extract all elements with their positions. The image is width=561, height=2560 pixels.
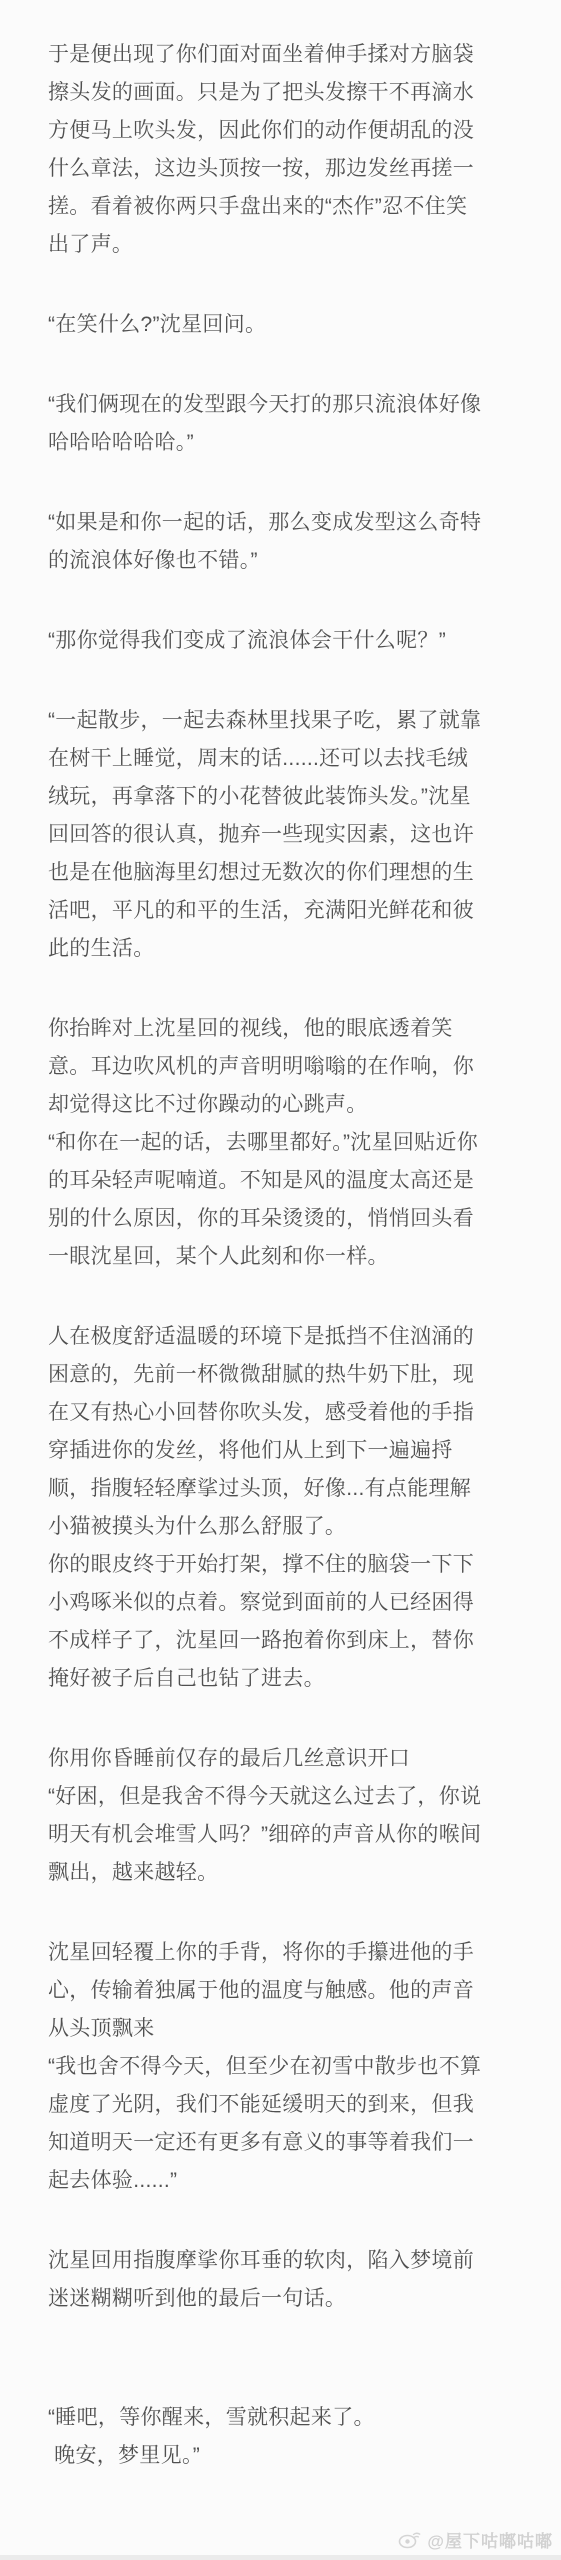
story-line: 沈星回轻覆上你的手背，将你的手攥进他的手心，传输着独属于他的温度与触感。他的声音… [48,1941,474,2040]
story-paragraph: 沈星回轻覆上你的手背，将你的手攥进他的手心，传输着独属于他的温度与触感。他的声音… [48,1934,483,2200]
story-paragraph: 你抬眸对上沈星回的视线，他的眼底透着笑意。耳边吹风机的声音明明嗡嗡的在作响，你却… [48,1010,483,1276]
story-line: “一起散步，一起去森林里找果子吃，累了就靠在树干上睡觉，周末的话......还可… [48,709,481,960]
story-line: “睡吧，等你醒来，雪就积起来了。 [48,2406,375,2429]
bottom-edge-divider [0,2555,561,2560]
watermark: @屋下咕嘟咕嘟 [398,2527,553,2552]
story-paragraph: “如果是和你一起的话，那么变成发型这么奇特的流浪体好像也不错。” [48,504,483,580]
story-line: 人在极度舒适温暖的环境下是抵挡不住汹涌的困意的，先前一杯微微甜腻的热牛奶下肚，现… [48,1325,474,1538]
weibo-logo-icon [398,2530,422,2549]
story-line: “如果是和你一起的话，那么变成发型这么奇特的流浪体好像也不错。” [48,511,481,572]
story-line: 你用你昏睡前仅存的最后几丝意识开口 [48,1747,410,1770]
story-paragraph: “一起散步，一起去森林里找果子吃，累了就靠在树干上睡觉，周末的话......还可… [48,702,483,968]
story-line: 于是便出现了你们面对面坐着伸手揉对方脑袋擦头发的画面。只是为了把头发擦干不再滴水… [48,43,474,256]
story-paragraph: “我们俩现在的发型跟今天打的那只流浪体好像哈哈哈哈哈哈。” [48,386,483,462]
story-line: “在笑什么?”沈星回问。 [48,313,266,336]
story-paragraph: “睡吧，等你醒来，雪就积起来了。 晚安，梦里见。” [48,2399,483,2475]
story-line: “和你在一起的话，去哪里都好。”沈星回贴近你的耳朵轻声呢喃道。不知是风的温度太高… [48,1131,478,1268]
story-line: 你抬眸对上沈星回的视线，他的眼底透着笑意。耳边吹风机的声音明明嗡嗡的在作响，你却… [48,1017,474,1116]
story-paragraph: 人在极度舒适温暖的环境下是抵挡不住汹涌的困意的，先前一杯微微甜腻的热牛奶下肚，现… [48,1318,483,1698]
story-line: “我也舍不得今天，但至少在初雪中散步也不算虚度了光阴，我们不能延缓明天的到来，但… [48,2055,481,2192]
story-line: “那你觉得我们变成了流浪体会干什么呢？” [48,629,446,652]
watermark-handle: @屋下咕嘟咕嘟 [427,2527,553,2552]
story-paragraph: 你用你昏睡前仅存的最后几丝意识开口“好困，但是我舍不得今天就这么过去了，你说明天… [48,1740,483,1892]
story-line: 晚安，梦里见。” [48,2444,200,2467]
story-line: 你的眼皮终于开始打架，撑不住的脑袋一下下小鸡啄米似的点着。察觉到面前的人已经困得… [48,1553,474,1690]
story-paragraph: “在笑什么?”沈星回问。 [48,306,483,344]
story-line: “我们俩现在的发型跟今天打的那只流浪体好像哈哈哈哈哈哈。” [48,393,481,454]
story-paragraph: 于是便出现了你们面对面坐着伸手揉对方脑袋擦头发的画面。只是为了把头发擦干不再滴水… [48,36,483,264]
story-line: 沈星回用指腹摩挲你耳垂的软肉，陷入梦境前迷迷糊糊听到他的最后一句话。 [48,2249,474,2310]
story-paragraph: “那你觉得我们变成了流浪体会干什么呢？” [48,622,483,660]
story-paragraph: 沈星回用指腹摩挲你耳垂的软肉，陷入梦境前迷迷糊糊听到他的最后一句话。 [48,2242,483,2318]
story-text: 于是便出现了你们面对面坐着伸手揉对方脑袋擦头发的画面。只是为了把头发擦干不再滴水… [48,36,483,2517]
story-line: “好困，但是我舍不得今天就这么过去了，你说明天有机会堆雪人吗？”细碎的声音从你的… [48,1785,481,1884]
